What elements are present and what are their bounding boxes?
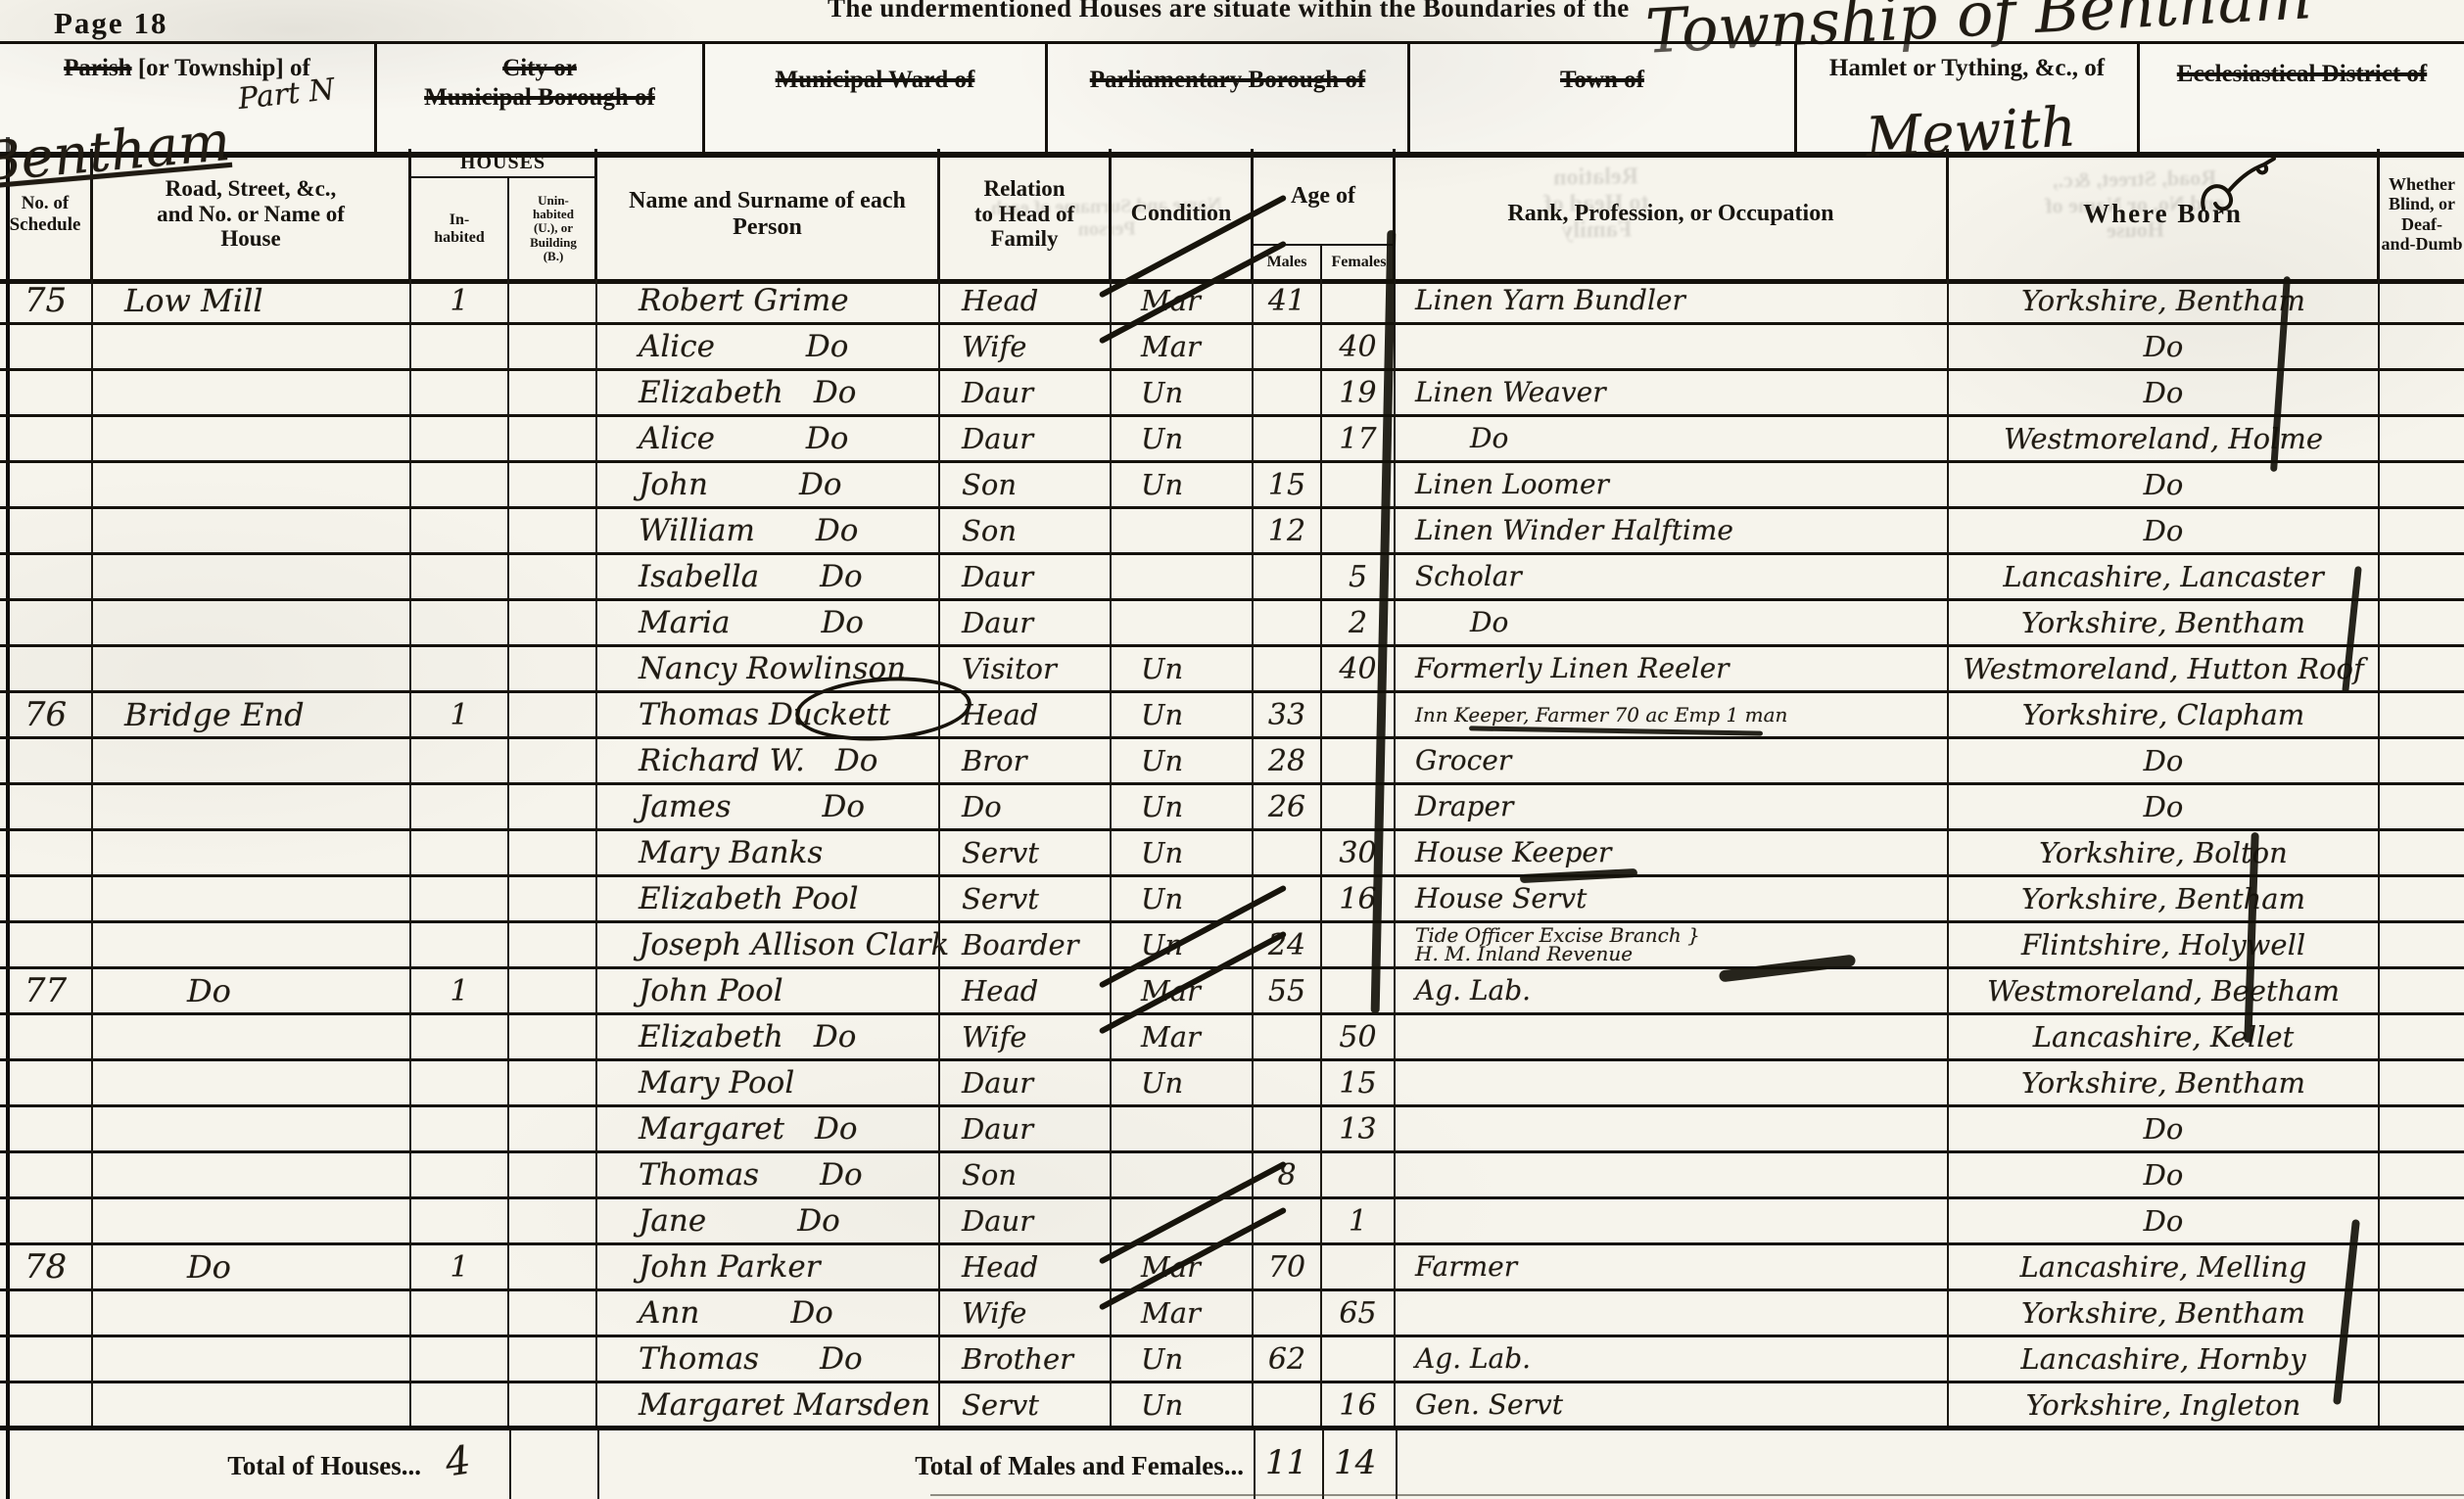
cell-person-name: Mary Banks	[597, 831, 940, 877]
header-box-ward: Municipal Ward of	[705, 44, 1048, 152]
total-females-value: 14	[1334, 1443, 1376, 1482]
cell-schedule-number	[0, 417, 93, 463]
cell-uninhabited	[509, 371, 597, 417]
header-box-parliamentary: Parliamentary Borough of	[1048, 44, 1410, 152]
cell-schedule-number	[0, 739, 93, 785]
cell-inhabited	[411, 1337, 509, 1383]
cell-blind-deaf	[2380, 279, 2464, 325]
table-row: Ann Do Wife Mar 65 Yorkshire, Bentham	[0, 1291, 2464, 1337]
cell-blind-deaf	[2380, 923, 2464, 969]
cell-blind-deaf	[2380, 693, 2464, 739]
cell-road-name	[93, 1199, 411, 1245]
cell-blind-deaf	[2380, 463, 2464, 509]
cell-uninhabited	[509, 693, 597, 739]
cell-person-name: Alice Do	[597, 325, 940, 371]
cell-uninhabited	[509, 969, 597, 1015]
col-header-occupation: Rank, Profession, or Occupation	[1396, 149, 1949, 279]
cell-age-male	[1254, 555, 1322, 601]
cell-where-born: Do	[1949, 785, 2380, 831]
cell-condition: Mar	[1112, 1245, 1254, 1291]
cell-age-male	[1254, 417, 1322, 463]
cell-inhabited	[411, 785, 509, 831]
cell-road-name: Do	[93, 1245, 411, 1291]
cell-schedule-number	[0, 831, 93, 877]
cell-blind-deaf	[2380, 601, 2464, 647]
cell-relation: Head	[940, 1245, 1112, 1291]
col-header-born: Where Born	[1949, 149, 2380, 279]
cell-condition	[1112, 1107, 1254, 1153]
column-rule	[509, 1429, 511, 1499]
cell-where-born: Do	[1949, 325, 2380, 371]
cell-blind-deaf	[2380, 325, 2464, 371]
cell-relation: Servt	[940, 1383, 1112, 1429]
cell-person-name: William Do	[597, 509, 940, 555]
cell-age-male: 12	[1254, 509, 1322, 555]
column-rule	[1322, 1429, 1324, 1499]
table-row: Mary Pool Daur Un 15 Yorkshire, Bentham	[0, 1061, 2464, 1107]
cell-uninhabited	[509, 555, 597, 601]
cell-blind-deaf	[2380, 1015, 2464, 1061]
cell-inhabited	[411, 877, 509, 923]
cell-relation: Wife	[940, 1291, 1112, 1337]
total-males-value: 11	[1265, 1443, 1307, 1482]
cell-where-born: Do	[1949, 1199, 2380, 1245]
cell-where-born: Lancashire, Hornby	[1949, 1337, 2380, 1383]
cell-uninhabited	[509, 1107, 597, 1153]
cell-age-female	[1322, 1245, 1396, 1291]
cell-inhabited	[411, 555, 509, 601]
cell-blind-deaf	[2380, 877, 2464, 923]
cell-age-male: 55	[1254, 969, 1322, 1015]
cell-uninhabited	[509, 509, 597, 555]
cell-where-born: Westmoreland, Hutton Roof	[1949, 647, 2380, 693]
cell-relation: Boarder	[940, 923, 1112, 969]
cell-condition: Un	[1112, 1337, 1254, 1383]
cell-where-born: Yorkshire, Clapham	[1949, 693, 2380, 739]
cell-blind-deaf	[2380, 1383, 2464, 1429]
cell-blind-deaf	[2380, 1337, 2464, 1383]
cell-condition: Un	[1112, 371, 1254, 417]
cell-uninhabited	[509, 647, 597, 693]
cell-inhabited: 1	[411, 279, 509, 325]
cell-inhabited	[411, 509, 509, 555]
cell-uninhabited	[509, 785, 597, 831]
cell-uninhabited	[509, 1337, 597, 1383]
cell-relation: Daur	[940, 1061, 1112, 1107]
cell-uninhabited	[509, 463, 597, 509]
cell-road-name	[93, 555, 411, 601]
cell-age-female: 13	[1322, 1107, 1396, 1153]
cell-road-name	[93, 509, 411, 555]
ecclesiastical-label: Ecclesiastical District of	[2177, 60, 2427, 89]
header-box-town: Town of	[1410, 44, 1797, 152]
cell-schedule-number	[0, 1291, 93, 1337]
column-rule	[1396, 1429, 1398, 1499]
table-row: William Do Son 12 Linen Winder Halftime …	[0, 509, 2464, 555]
cell-uninhabited	[509, 1245, 597, 1291]
pen-flourish-icon	[2194, 155, 2282, 223]
cell-age-female: 16	[1322, 1383, 1396, 1429]
cell-person-name: Thomas Do	[597, 1337, 940, 1383]
cell-relation: Do	[940, 785, 1112, 831]
cell-road-name	[93, 1107, 411, 1153]
total-houses-value: 4	[443, 1437, 474, 1485]
cell-inhabited	[411, 1383, 509, 1429]
cell-condition: Un	[1112, 693, 1254, 739]
table-row: Mary Banks Servt Un 30 House Keeper York…	[0, 831, 2464, 877]
cell-schedule-number: 75	[0, 279, 93, 325]
cell-condition: Un	[1112, 785, 1254, 831]
cell-where-born: Yorkshire, Bentham	[1949, 279, 2380, 325]
table-row: Nancy Rowlinson Visitor Un 40 Formerly L…	[0, 647, 2464, 693]
cell-age-male	[1254, 325, 1322, 371]
cell-road-name	[93, 371, 411, 417]
cell-age-male	[1254, 1107, 1322, 1153]
cell-age-male	[1254, 1015, 1322, 1061]
cell-inhabited: 1	[411, 693, 509, 739]
hamlet-label: Hamlet or Tything, &c., of	[1829, 54, 2105, 83]
table-row: Isabella Do Daur 5 Scholar Lancashire, L…	[0, 555, 2464, 601]
col-header-age-group: Age of Males Females	[1254, 149, 1396, 279]
cell-schedule-number	[0, 785, 93, 831]
cell-age-male	[1254, 1383, 1322, 1429]
cell-person-name: Elizabeth Pool	[597, 877, 940, 923]
cell-person-name: Alice Do	[597, 417, 940, 463]
cell-blind-deaf	[2380, 969, 2464, 1015]
cell-condition: Mar	[1112, 325, 1254, 371]
hamlet-handwritten: Mewith	[1864, 94, 2077, 170]
cell-blind-deaf	[2380, 1107, 2464, 1153]
cell-where-born: Yorkshire, Bolton	[1949, 831, 2380, 877]
cell-condition: Mar	[1112, 1015, 1254, 1061]
cell-schedule-number	[0, 1153, 93, 1199]
cell-age-female	[1322, 1337, 1396, 1383]
cell-condition: Un	[1112, 739, 1254, 785]
cell-where-born: Lancashire, Kellet	[1949, 1015, 2380, 1061]
cell-blind-deaf	[2380, 739, 2464, 785]
cell-age-male: 28	[1254, 739, 1322, 785]
cell-uninhabited	[509, 1061, 597, 1107]
cell-person-name: Joseph Allison Clark	[597, 923, 940, 969]
cell-person-name: Ann Do	[597, 1291, 940, 1337]
cell-age-male	[1254, 647, 1322, 693]
cell-where-born: Do	[1949, 1153, 2380, 1199]
cell-inhabited	[411, 1015, 509, 1061]
cell-relation: Daur	[940, 417, 1112, 463]
cell-relation: Daur	[940, 1107, 1112, 1153]
cell-inhabited	[411, 371, 509, 417]
cell-uninhabited	[509, 325, 597, 371]
cell-condition: Un	[1112, 647, 1254, 693]
table-row: 75 Low Mill 1 Robert Grime Head Mar 41 L…	[0, 279, 2464, 325]
cell-occupation: House Keeper	[1396, 831, 1949, 877]
cell-occupation: Linen Weaver	[1396, 371, 1949, 417]
cell-age-male: 26	[1254, 785, 1322, 831]
cell-relation: Servt	[940, 831, 1112, 877]
cell-uninhabited	[509, 1383, 597, 1429]
cell-age-male: 15	[1254, 463, 1322, 509]
cell-uninhabited	[509, 279, 597, 325]
cell-road-name	[93, 1153, 411, 1199]
cell-occupation	[1396, 1291, 1949, 1337]
cell-road-name	[93, 325, 411, 371]
cell-schedule-number	[0, 923, 93, 969]
cell-schedule-number	[0, 555, 93, 601]
total-houses-label: Total of Houses...	[147, 1451, 421, 1481]
cell-age-male	[1254, 601, 1322, 647]
cell-road-name	[93, 417, 411, 463]
cell-age-male: 33	[1254, 693, 1322, 739]
cell-occupation: Draper	[1396, 785, 1949, 831]
cell-relation: Son	[940, 463, 1112, 509]
cell-person-name: Margaret Do	[597, 1107, 940, 1153]
cell-blind-deaf	[2380, 417, 2464, 463]
cell-schedule-number	[0, 1015, 93, 1061]
cell-age-male	[1254, 831, 1322, 877]
cell-where-born: Flintshire, Holywell	[1949, 923, 2380, 969]
table-row: Richard W. Do Bror Un 28 Grocer Do	[0, 739, 2464, 785]
cell-age-male: 41	[1254, 279, 1322, 325]
cell-uninhabited	[509, 1291, 597, 1337]
cell-relation: Head	[940, 969, 1112, 1015]
cell-blind-deaf	[2380, 1245, 2464, 1291]
cell-road-name	[93, 1383, 411, 1429]
cell-road-name	[93, 1291, 411, 1337]
cell-road-name	[93, 601, 411, 647]
cell-person-name: John Pool	[597, 969, 940, 1015]
ward-label: Municipal Ward of	[776, 66, 975, 95]
cell-age-female	[1322, 1153, 1396, 1199]
col-header-relation: Relation to Head of Family	[940, 149, 1112, 279]
header-box-hamlet: Hamlet or Tything, &c., of Mewith	[1797, 44, 2140, 152]
cell-schedule-number	[0, 509, 93, 555]
col-header-condition: Condition	[1112, 149, 1254, 279]
cell-schedule-number	[0, 601, 93, 647]
table-row: Thomas Do Brother Un 62 Ag. Lab. Lancash…	[0, 1337, 2464, 1383]
cell-occupation: Linen Yarn Bundler	[1396, 279, 1949, 325]
cell-person-name: Elizabeth Do	[597, 371, 940, 417]
cell-blind-deaf	[2380, 1291, 2464, 1337]
cell-occupation: Linen Winder Halftime	[1396, 509, 1949, 555]
cell-inhabited	[411, 831, 509, 877]
cell-age-female	[1322, 923, 1396, 969]
cell-occupation: Ag. Lab.	[1396, 1337, 1949, 1383]
cell-inhabited	[411, 923, 509, 969]
cell-schedule-number	[0, 325, 93, 371]
cell-age-male	[1254, 1061, 1322, 1107]
cell-blind-deaf	[2380, 371, 2464, 417]
cell-person-name: Mary Pool	[597, 1061, 940, 1107]
cell-schedule-number	[0, 1061, 93, 1107]
cell-occupation	[1396, 1107, 1949, 1153]
cell-schedule-number	[0, 371, 93, 417]
town-label: Town of	[1560, 66, 1644, 95]
cell-schedule-number: 76	[0, 693, 93, 739]
cell-condition: Un	[1112, 1061, 1254, 1107]
cell-age-male: 62	[1254, 1337, 1322, 1383]
cell-occupation	[1396, 1153, 1949, 1199]
cell-inhabited: 1	[411, 1245, 509, 1291]
cell-relation: Son	[940, 1153, 1112, 1199]
cell-occupation: Linen Loomer	[1396, 463, 1949, 509]
cell-inhabited	[411, 463, 509, 509]
cell-where-born: Westmoreland, Holme	[1949, 417, 2380, 463]
cell-person-name: Thomas Do	[597, 1153, 940, 1199]
cell-road-name: Do	[93, 969, 411, 1015]
cell-age-female	[1322, 969, 1396, 1015]
header-boxes: Parish [or Township] of Part N Bentham C…	[0, 41, 2464, 158]
table-row: John Do Son Un 15 Linen Loomer Do	[0, 463, 2464, 509]
cell-occupation: Formerly Linen Reeler	[1396, 647, 1949, 693]
cell-occupation: Gen. Servt	[1396, 1383, 1949, 1429]
cell-road-name	[93, 1337, 411, 1383]
cell-inhabited	[411, 739, 509, 785]
cell-age-female: 1	[1322, 1199, 1396, 1245]
census-table-body: 75 Low Mill 1 Robert Grime Head Mar 41 L…	[0, 279, 2464, 1429]
column-rule	[1254, 1429, 1256, 1499]
col-header-houses: HOUSES	[411, 149, 594, 178]
table-row: Maria Do Daur 2 Do Yorkshire, Bentham	[0, 601, 2464, 647]
cell-where-born: Yorkshire, Bentham	[1949, 877, 2380, 923]
census-sheet: Page 18 The undermentioned Houses are si…	[0, 0, 2464, 1499]
col-header-uninhabited: Unin- habited (U.), or Building (B.)	[509, 178, 597, 279]
cell-person-name: Richard W. Do	[597, 739, 940, 785]
cell-condition	[1112, 555, 1254, 601]
table-row: 77 Do 1 John Pool Head Mar 55 Ag. Lab. W…	[0, 969, 2464, 1015]
cell-blind-deaf	[2380, 785, 2464, 831]
cell-relation: Visitor	[940, 647, 1112, 693]
cell-blind-deaf	[2380, 1061, 2464, 1107]
cell-person-name: Maria Do	[597, 601, 940, 647]
city-label: City or Municipal Borough of	[424, 54, 655, 113]
table-row: Elizabeth Do Daur Un 19 Linen Weaver Do	[0, 371, 2464, 417]
cell-person-name: Margaret Marsden	[597, 1383, 940, 1429]
cell-schedule-number	[0, 877, 93, 923]
col-header-name: Name and Surname of each Person	[597, 149, 940, 279]
cell-relation: Wife	[940, 325, 1112, 371]
cell-occupation	[1396, 1061, 1949, 1107]
cell-uninhabited	[509, 739, 597, 785]
cell-blind-deaf	[2380, 1153, 2464, 1199]
column-header-row: No. of Schedule Road, Street, &c., and N…	[0, 149, 2464, 284]
cell-schedule-number	[0, 1199, 93, 1245]
cell-inhabited	[411, 1107, 509, 1153]
cell-schedule-number: 77	[0, 969, 93, 1015]
cell-inhabited	[411, 647, 509, 693]
cell-occupation: Do	[1396, 601, 1949, 647]
cell-where-born: Do	[1949, 509, 2380, 555]
cell-condition	[1112, 601, 1254, 647]
table-row: Alice Do Daur Un 17 Do Westmoreland, Hol…	[0, 417, 2464, 463]
cell-schedule-number	[0, 1337, 93, 1383]
cell-uninhabited	[509, 1153, 597, 1199]
cell-relation: Brother	[940, 1337, 1112, 1383]
cell-person-name: John Parker	[597, 1245, 940, 1291]
cell-blind-deaf	[2380, 647, 2464, 693]
cell-road-name	[93, 785, 411, 831]
cell-person-name: Robert Grime	[597, 279, 940, 325]
totals-band: Total of Houses... 4 Total of Males and …	[0, 1429, 2464, 1499]
cell-where-born: Lancashire, Lancaster	[1949, 555, 2380, 601]
cell-relation: Wife	[940, 1015, 1112, 1061]
cell-uninhabited	[509, 877, 597, 923]
cell-occupation: Farmer	[1396, 1245, 1949, 1291]
cell-inhabited	[411, 601, 509, 647]
cell-inhabited: 1	[411, 969, 509, 1015]
cell-occupation	[1396, 1015, 1949, 1061]
cell-age-female: 15	[1322, 1061, 1396, 1107]
cell-condition: Un	[1112, 463, 1254, 509]
cell-where-born: Do	[1949, 371, 2380, 417]
cell-age-female: 30	[1322, 831, 1396, 877]
col-header-inhabited: In- habited	[411, 178, 509, 279]
cell-where-born: Westmoreland, Beetham	[1949, 969, 2380, 1015]
cell-age-male	[1254, 371, 1322, 417]
cell-schedule-number	[0, 463, 93, 509]
cell-age-female: 16	[1322, 877, 1396, 923]
header-box-ecclesiastical: Ecclesiastical District of	[2140, 44, 2464, 152]
cell-occupation: Ag. Lab.	[1396, 969, 1949, 1015]
col-header-age: Age of	[1254, 149, 1393, 244]
cell-occupation: Do	[1396, 417, 1949, 463]
cell-inhabited	[411, 417, 509, 463]
cell-blind-deaf	[2380, 555, 2464, 601]
cell-occupation	[1396, 1199, 1949, 1245]
cell-person-name: John Do	[597, 463, 940, 509]
cell-person-name: James Do	[597, 785, 940, 831]
cell-inhabited	[411, 1153, 509, 1199]
cell-schedule-number	[0, 1107, 93, 1153]
cell-uninhabited	[509, 417, 597, 463]
cell-condition: Un	[1112, 417, 1254, 463]
cell-blind-deaf	[2380, 509, 2464, 555]
table-row: James Do Do Un 26 Draper Do	[0, 785, 2464, 831]
cell-road-name	[93, 877, 411, 923]
cell-road-name: Bridge End	[93, 693, 411, 739]
cell-relation: Daur	[940, 555, 1112, 601]
cell-relation: Daur	[940, 1199, 1112, 1245]
cell-road-name	[93, 463, 411, 509]
cell-relation: Bror	[940, 739, 1112, 785]
col-header-females: Females	[1322, 246, 1396, 279]
cell-condition: Un	[1112, 831, 1254, 877]
cell-occupation	[1396, 325, 1949, 371]
cell-road-name	[93, 831, 411, 877]
cell-road-name	[93, 739, 411, 785]
cell-where-born: Lancashire, Melling	[1949, 1245, 2380, 1291]
cell-blind-deaf	[2380, 831, 2464, 877]
cell-inhabited	[411, 1199, 509, 1245]
cell-inhabited	[411, 325, 509, 371]
cell-where-born: Do	[1949, 1107, 2380, 1153]
cell-uninhabited	[509, 831, 597, 877]
cell-occupation: Tide Officer Excise Branch } H. M. Inlan…	[1396, 923, 1949, 969]
page-number-label: Page 18	[54, 6, 167, 41]
cell-age-male: 70	[1254, 1245, 1322, 1291]
cell-blind-deaf	[2380, 1199, 2464, 1245]
cell-occupation: House Servt	[1396, 877, 1949, 923]
cell-where-born: Yorkshire, Bentham	[1949, 1061, 2380, 1107]
cell-schedule-number	[0, 647, 93, 693]
header-box-city: City or Municipal Borough of	[377, 44, 705, 152]
cell-occupation: Grocer	[1396, 739, 1949, 785]
cell-condition: Un	[1112, 1383, 1254, 1429]
cell-condition	[1112, 509, 1254, 555]
cell-uninhabited	[509, 1199, 597, 1245]
boundary-sentence: The undermentioned Houses are situate wi…	[828, 0, 1630, 23]
cell-road-name	[93, 1015, 411, 1061]
bottom-partial-rule	[930, 1494, 2464, 1496]
